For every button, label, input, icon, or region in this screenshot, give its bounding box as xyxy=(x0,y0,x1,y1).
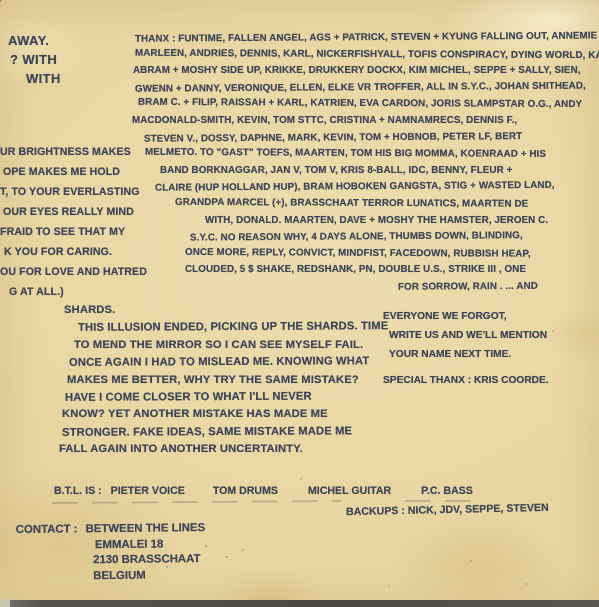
shards-line: STRONGER. FAKE IDEAS, SAME MISTAKE MADE … xyxy=(62,423,388,442)
paper-speckles xyxy=(0,0,2,2)
thanx-line: MACDONALD-SMITH, KEVIN, TOM STTC, CRISTI… xyxy=(132,113,599,130)
shards-line: TO MEND THE MIRROR SO I CAN SEE MYSELF F… xyxy=(74,337,388,354)
fragment-line: OPE MAKES ME HOLD xyxy=(3,162,147,182)
special-thanx: SPECIAL THANX : KRIS COORDE. xyxy=(383,371,549,390)
contact-address-line: BELGIUM xyxy=(93,568,206,585)
thanx-line: GRANDPA MARCEL (+), BRASSCHAAT TERROR LU… xyxy=(175,195,599,214)
thanx-line: BAND BORKNAGGAR, JAN V, TOM V, KRIS 8-BA… xyxy=(160,163,599,180)
contact-label: CONTACT : xyxy=(16,522,78,538)
backups-credit: BACKUPS : NICK, JDV, SEPPE, STEVEN xyxy=(346,502,549,518)
thanx-line: CLOUDED, 5 $ SHAKE, REDSHANK, PN, DOUBLE… xyxy=(185,262,599,279)
contact-address-line: EMMALEI 18 xyxy=(95,537,206,554)
thanx-line: BRAM C. + FILIP, RAISSAH + KARL, KATRIEN… xyxy=(138,95,599,114)
thanx-line: MELMETO. TO "GAST" TOEFS, MAARTEN, TOM H… xyxy=(145,145,599,164)
shards-line: THIS ILLUSION ENDED, PICKING UP THE SHAR… xyxy=(78,319,388,338)
thanx-line: ONCE MORE, REPLY, CONVICT, MINDFIST, FAC… xyxy=(185,245,599,264)
credit-member: TOM DRUMS xyxy=(213,485,278,497)
fragment-line: G AT ALL.) xyxy=(9,282,147,302)
fragment-line: FRAID TO SEE THAT MY xyxy=(0,222,147,242)
shards-lyrics: SHARDS. THIS ILLUSION ENDED, PICKING UP … xyxy=(58,302,388,459)
thanx-list: THANX : FUNTIME, FALLEN ANGEL, AGS + PAT… xyxy=(135,30,599,296)
thanx-line: FOR SORROW, RAIN . ... AND xyxy=(398,278,599,296)
scanned-liner-notes-page: AWAY. ? WITH WITH THANX : FUNTIME, FALLE… xyxy=(0,0,599,607)
credit-member: P.C. BASS xyxy=(421,485,473,497)
fragment-line: ? WITH xyxy=(10,50,61,69)
shards-line: HAVE I COME CLOSER TO WHAT I'LL NEVER xyxy=(65,388,388,407)
pencil-underline xyxy=(52,500,342,504)
shards-line: FALL AGAIN INTO ANOTHER UNCERTAINTY. xyxy=(59,441,388,458)
fragment-line: UR BRIGHTNESS MAKES xyxy=(0,142,147,162)
scan-corner-notch xyxy=(0,599,10,607)
shards-line: KNOW? YET ANOTHER MISTAKE HAS MADE ME xyxy=(62,406,388,423)
scan-edge-bottom xyxy=(0,600,599,607)
pencil-underline xyxy=(405,500,475,502)
fragment-line: AWAY. xyxy=(8,31,61,50)
fragment-line: OU FOR LOVE AND HATRED xyxy=(0,262,147,282)
thanx-line: ABRAM + MOSHY SIDE UP, KRIKKE, DRUKKERY … xyxy=(133,63,599,80)
forgot-line: EVERYONE WE FORGOT, xyxy=(383,307,549,326)
forgot-line: WRITE US AND WE'LL MENTION xyxy=(389,326,549,345)
thanx-line: MARLEEN, ANDRIES, DENNIS, KARL, NICKERFI… xyxy=(135,45,599,64)
forgot-note: EVERYONE WE FORGOT, WRITE US AND WE'LL M… xyxy=(383,307,549,390)
fragment-line: WITH xyxy=(26,69,61,88)
fragment-line: T, TO YOUR EVERLASTING xyxy=(0,182,147,202)
credits-label: B.T.L. IS : xyxy=(54,485,102,497)
shards-title: SHARDS. xyxy=(64,302,388,319)
fragment-line: K YOU FOR CARING. xyxy=(4,242,147,262)
credit-member: MICHEL GUITAR xyxy=(308,485,391,497)
left-text-fragment: UR BRIGHTNESS MAKES OPE MAKES ME HOLD T,… xyxy=(0,142,147,302)
thanx-line: WITH, DONALD. MAARTEN, DAVE + MOSHY THE … xyxy=(205,213,599,230)
shards-line: MAKES ME BETTER, WHY TRY THE SAME MISTAK… xyxy=(67,372,388,389)
contact-block: CONTACT : BETWEEN THE LINES EMMALEI 18 2… xyxy=(16,521,206,585)
contact-address-line: 2130 BRASSCHAAT xyxy=(93,552,206,569)
backups-line: BACKUPS : NICK, JDV, SEPPE, STEVEN xyxy=(346,502,549,518)
shards-line: ONCE AGAIN I HAD TO MISLEAD ME. KNOWING … xyxy=(69,353,388,372)
credit-member: PIETER VOICE xyxy=(111,485,185,497)
band-credits: B.T.L. IS : PIETER VOICE TOM DRUMS MICHE… xyxy=(54,485,473,497)
top-left-text-fragment: AWAY. ? WITH WITH xyxy=(2,31,61,88)
contact-name: BETWEEN THE LINES xyxy=(85,521,205,538)
fragment-line: OUR EYES REALLY MIND xyxy=(3,202,147,222)
forgot-line: YOUR NAME NEXT TIME. xyxy=(389,345,549,364)
